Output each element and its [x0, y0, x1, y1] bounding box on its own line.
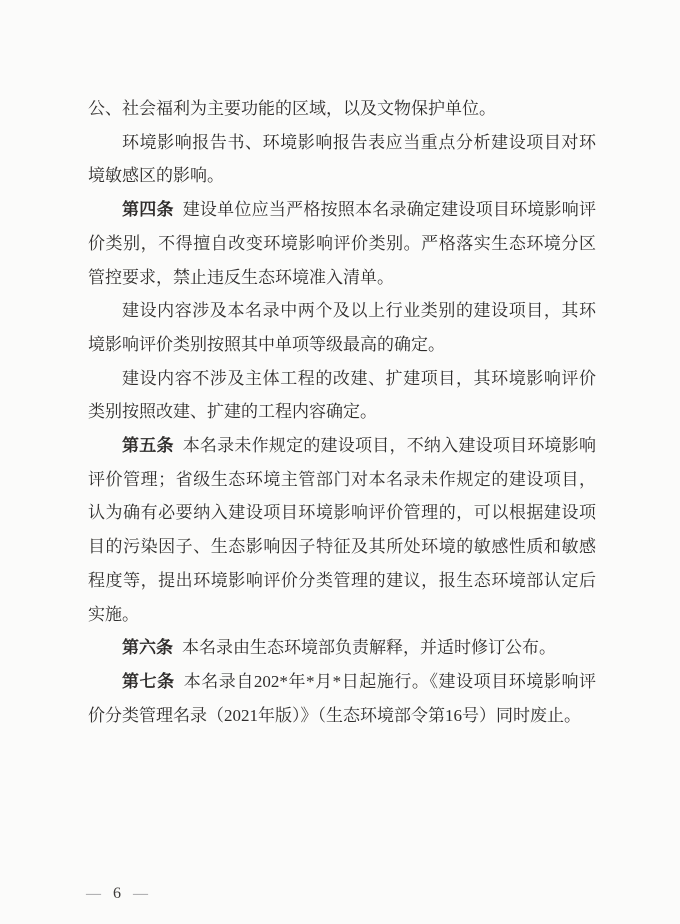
article-6-paragraph: 第六条本名录由生态环境部负责解释，并适时修订公布。 — [88, 631, 596, 665]
paragraph-text: 建设内容不涉及主体工程的改建、扩建项目，其环境影响评价类别按照改建、扩建的工程内… — [88, 369, 596, 422]
document-page: 公、社会福利为主要功能的区域，以及文物保护单位。 环境影响报告书、环境影响报告表… — [0, 0, 680, 924]
paragraph-text: 建设内容涉及本名录中两个及以上行业类别的建设项目，其环境影响评价类别按照其中单项… — [88, 301, 596, 354]
article-5-paragraph: 第五条本名录未作规定的建设项目，不纳入建设项目环境影响评价管理；省级生态环境主管… — [88, 429, 596, 631]
paragraph-text: 本名录由生态环境部负责解释，并适时修订公布。 — [182, 638, 556, 657]
paragraph: 环境影响报告书、环境影响报告表应当重点分析建设项目对环境敏感区的影响。 — [88, 126, 596, 193]
article-number: 第五条 — [122, 436, 174, 455]
footer-right-dash: — — [133, 884, 148, 904]
document-body: 公、社会福利为主要功能的区域，以及文物保护单位。 环境影响报告书、环境影响报告表… — [88, 92, 596, 732]
paragraph-text: 环境影响报告书、环境影响报告表应当重点分析建设项目对环境敏感区的影响。 — [88, 133, 596, 186]
article-4-paragraph: 第四条建设单位应当严格按照本名录确定建设项目环境影响评价类别，不得擅自改变环境影… — [88, 193, 596, 294]
paragraph: 建设内容不涉及主体工程的改建、扩建项目，其环境影响评价类别按照改建、扩建的工程内… — [88, 362, 596, 429]
paragraph-text: 本名录未作规定的建设项目，不纳入建设项目环境影响评价管理；省级生态环境主管部门对… — [88, 436, 596, 624]
article-number: 第七条 — [122, 672, 175, 691]
page-number: 6 — [113, 884, 121, 904]
paragraph: 建设内容涉及本名录中两个及以上行业类别的建设项目，其环境影响评价类别按照其中单项… — [88, 294, 596, 361]
footer-left-dash: — — [86, 884, 101, 904]
paragraph-continuation: 公、社会福利为主要功能的区域，以及文物保护单位。 — [88, 92, 596, 126]
article-number: 第四条 — [122, 200, 174, 219]
article-number: 第六条 — [122, 638, 173, 657]
page-number-footer: — 6 — — [86, 884, 148, 904]
paragraph-text: 公、社会福利为主要功能的区域，以及文物保护单位。 — [88, 99, 496, 118]
article-7-paragraph: 第七条本名录自202*年*月*日起施行。《建设项目环境影响评价分类管理名录（20… — [88, 665, 596, 732]
